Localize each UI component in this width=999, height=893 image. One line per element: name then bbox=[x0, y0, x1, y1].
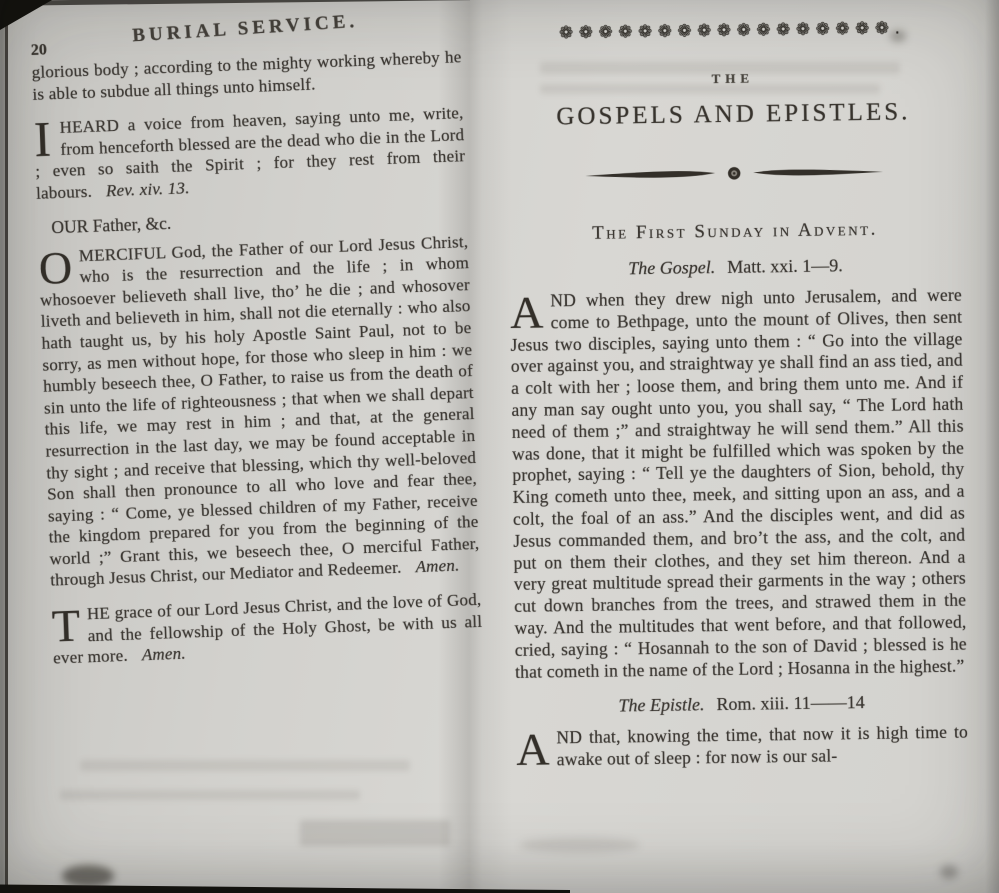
right-page: ❁❁❁❁❁❁❁❁❁❁❁❁❁❁❁❁❁. THE GOSPELS AND EPIST… bbox=[506, 12, 968, 772]
divider-ornament bbox=[579, 161, 889, 187]
printers-flowers-row: ❁❁❁❁❁❁❁❁❁❁❁❁❁❁❁❁❁. bbox=[506, 18, 958, 44]
book-edge-top bbox=[0, 0, 470, 6]
paragraph-text: ND that, knowing the time, that now it i… bbox=[556, 722, 968, 770]
paragraph-the-grace: THE grace of our Lord Jesus Christ, and … bbox=[51, 589, 483, 669]
gospel-label: The Gospel. bbox=[628, 257, 715, 278]
paragraph-text: ND when they drew nigh unto Jerusalem, a… bbox=[510, 285, 966, 682]
paragraph-i-heard: IHEARD a voice from heaven, saying unto … bbox=[33, 102, 466, 204]
bleedthrough-smudge bbox=[60, 790, 360, 800]
epistle-paragraph: AND that, knowing the time, that now it … bbox=[516, 722, 969, 772]
dropcap-i: I bbox=[33, 121, 51, 159]
book-photo: 20 BURIAL SERVICE. glorious body ; accor… bbox=[0, 0, 999, 893]
book-edge-right-shade bbox=[985, 0, 999, 893]
paragraph-text: MERCIFUL God, the Father of our Lord Jes… bbox=[40, 232, 480, 590]
paragraph-o-merciful: OMERCIFUL God, the Father of our Lord Je… bbox=[38, 231, 480, 592]
scripture-citation: Rev. xiv. 13. bbox=[106, 178, 190, 200]
epistle-reference: Rom. xiii. 11——14 bbox=[716, 692, 865, 714]
bleedthrough-smudge bbox=[80, 760, 410, 771]
gospel-heading: The Gospel.Matt. xxi. 1—9. bbox=[509, 254, 961, 281]
book-edge-left-line bbox=[5, 0, 8, 893]
epistle-heading: The Epistle.Rom. xiii. 11——14 bbox=[515, 691, 967, 718]
ink-smudge bbox=[62, 865, 114, 887]
dropcap-o: O bbox=[38, 248, 73, 286]
amen: Amen. bbox=[415, 556, 460, 577]
ink-smudge bbox=[520, 837, 640, 853]
dropcap-a: A bbox=[516, 731, 550, 768]
dropcap-t: T bbox=[51, 607, 81, 645]
epistle-label: The Epistle. bbox=[618, 695, 704, 716]
running-head: BURIAL SERVICE. bbox=[30, 4, 461, 54]
page-title: GOSPELS AND EPISTLES. bbox=[507, 98, 959, 132]
paragraph-text: glorious body ; according to the mighty … bbox=[31, 47, 461, 103]
gospel-paragraph: AND when they drew nigh unto Jerusalem, … bbox=[510, 285, 967, 684]
paragraph-continuation: glorious body ; according to the mighty … bbox=[31, 46, 462, 105]
paragraph-text: HE grace of our Lord Jesus Christ, and t… bbox=[53, 590, 483, 668]
section-heading: The First Sunday in Advent. bbox=[509, 218, 961, 246]
ink-smudge bbox=[940, 865, 958, 879]
paragraph-text: HEARD a voice from heaven, saying unto m… bbox=[35, 103, 465, 202]
bleedthrough-smudge bbox=[300, 820, 450, 846]
left-page: 20 BURIAL SERVICE. glorious body ; accor… bbox=[30, 10, 484, 682]
dropcap-a: A bbox=[510, 294, 544, 331]
gospel-reference: Matt. xxi. 1—9. bbox=[727, 255, 843, 277]
amen: Amen. bbox=[141, 644, 186, 665]
title-the: THE bbox=[507, 68, 959, 90]
